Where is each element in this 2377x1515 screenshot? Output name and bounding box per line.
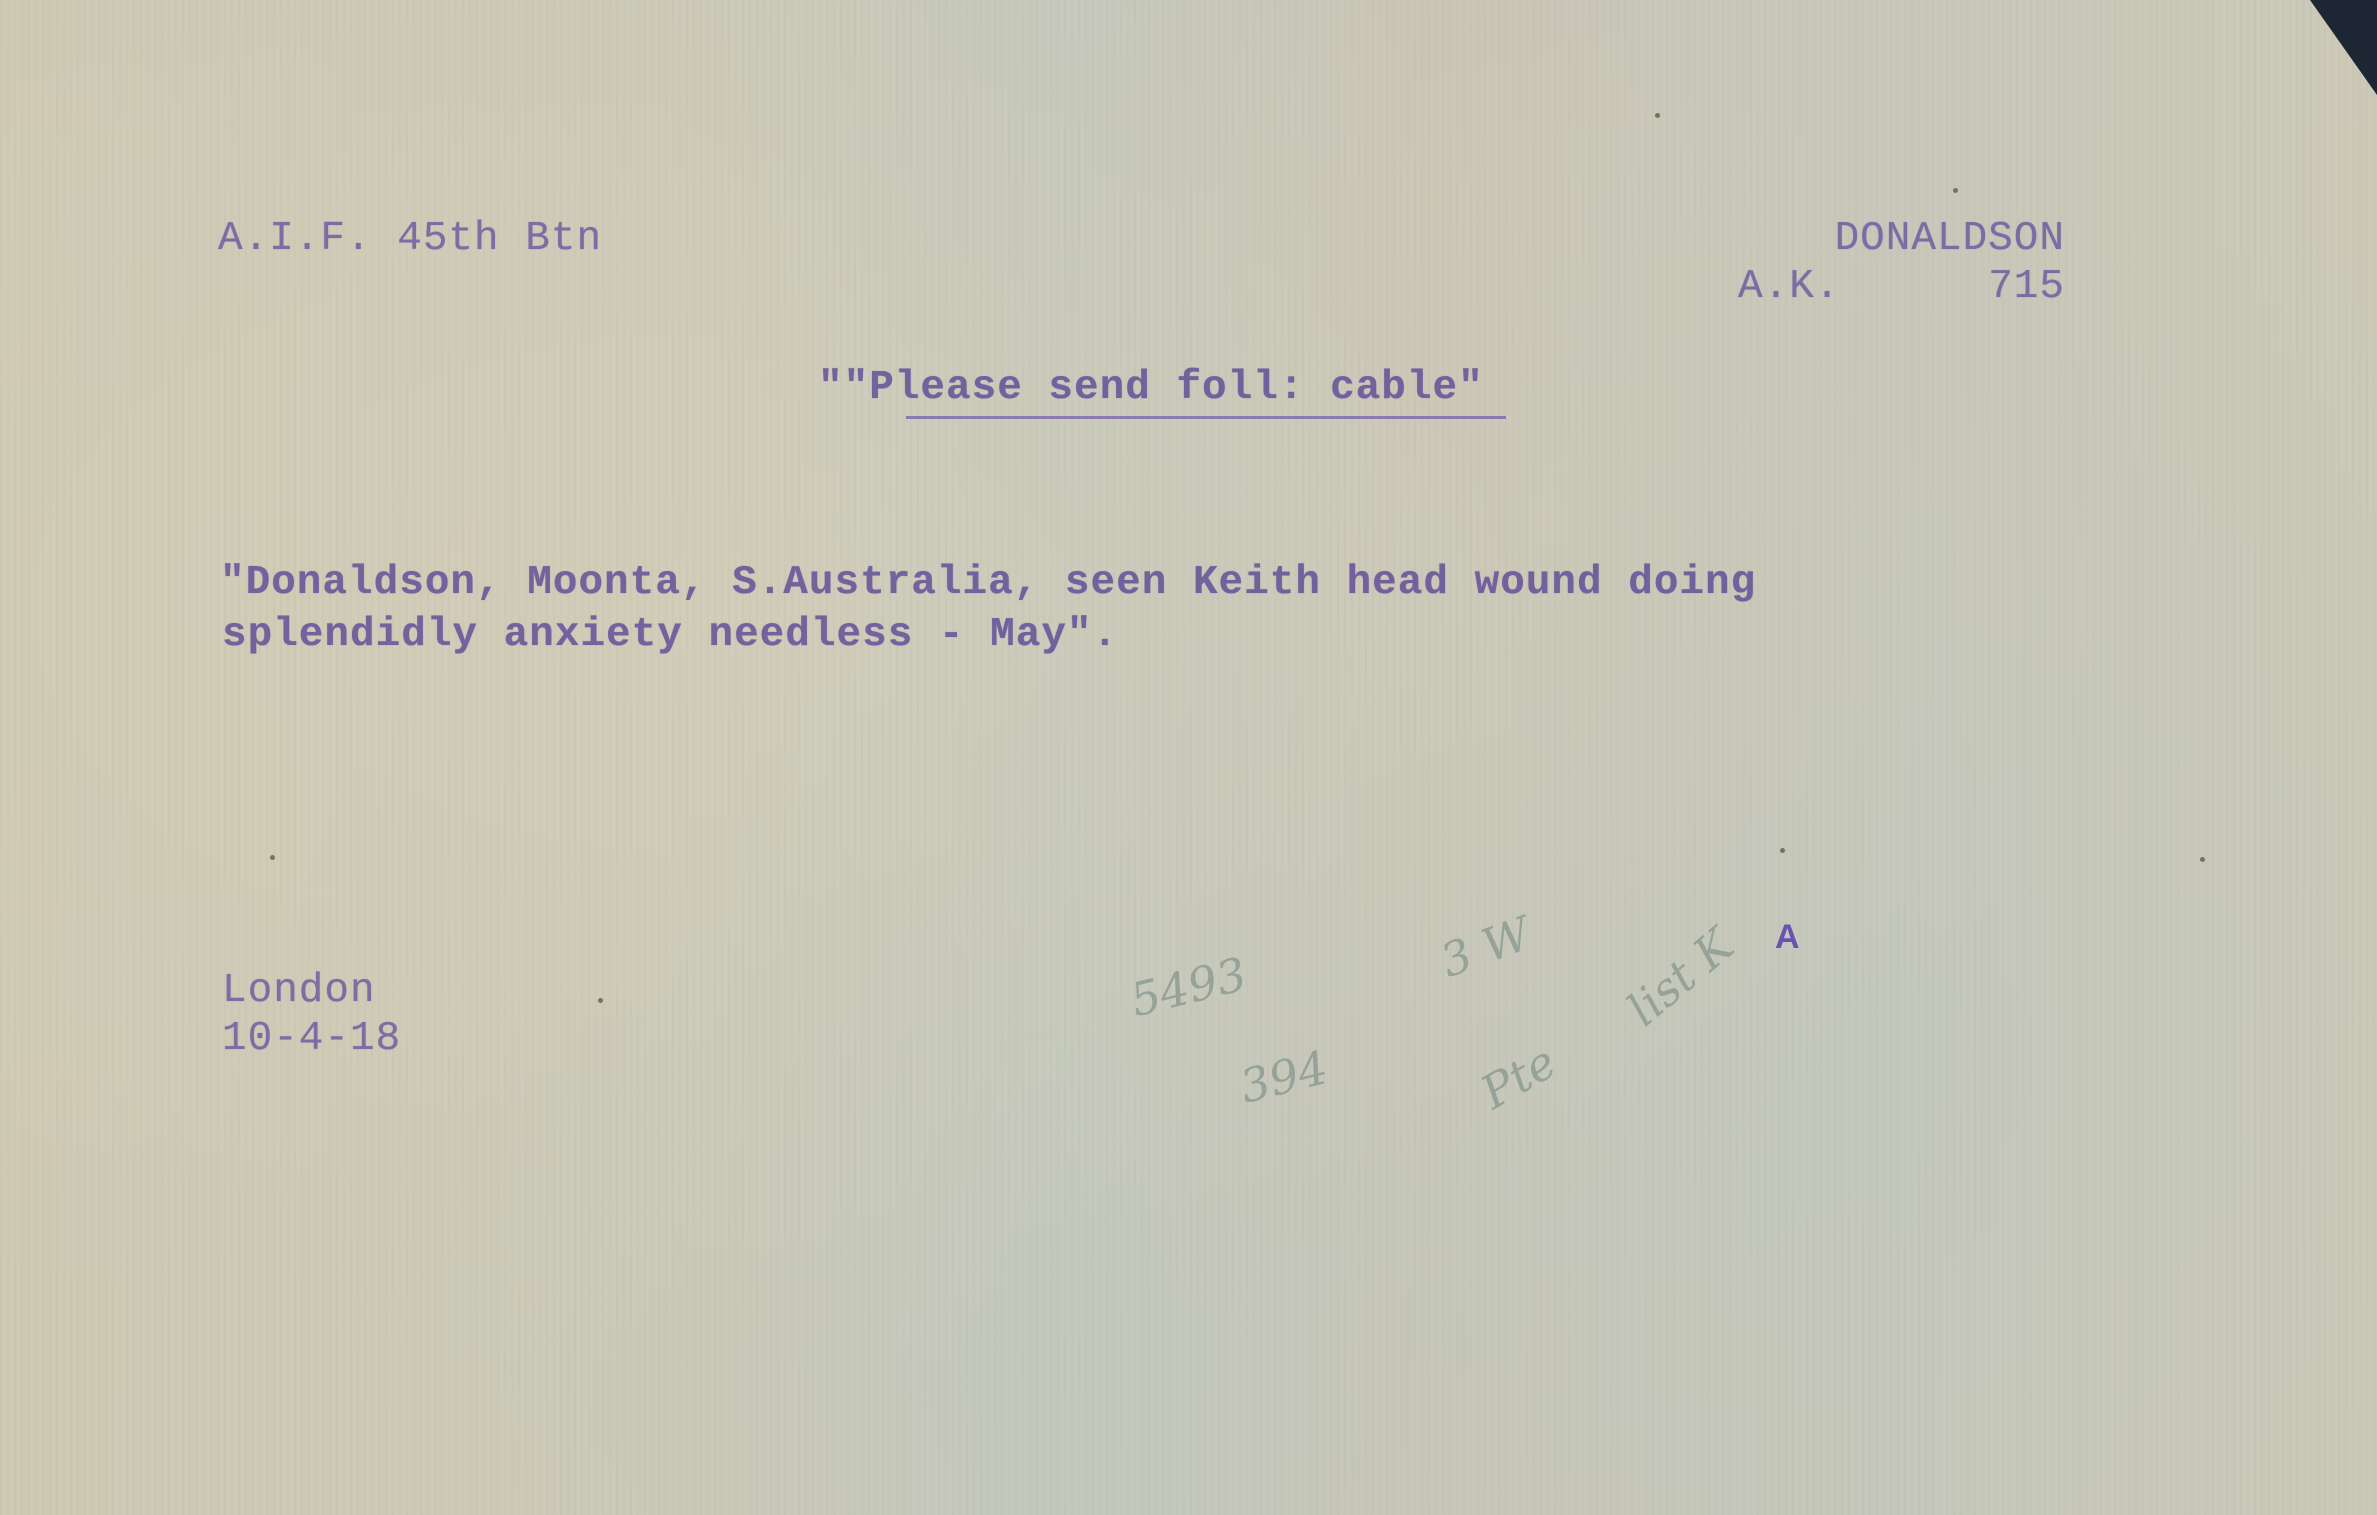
- handwritten-note-5: list K: [1617, 918, 1744, 1037]
- document-card: A.I.F. 45th Btn DONALDSON A.K. 715 ""Ple…: [0, 0, 2377, 1515]
- stamp-letter: A: [1775, 918, 1800, 957]
- paper-speck: [1655, 113, 1660, 118]
- card-heading: ""Please send foll: cable": [818, 365, 1484, 411]
- handwritten-note-4: Pte: [1472, 1034, 1565, 1119]
- heading-underline: [906, 416, 1506, 419]
- paper-speck: [270, 855, 275, 860]
- date-label: 10-4-18: [222, 1016, 401, 1062]
- unit-label: A.I.F. 45th Btn: [218, 216, 602, 262]
- paper-speck: [1780, 848, 1785, 853]
- place-label: London: [222, 968, 376, 1014]
- service-number: 715: [1988, 264, 2065, 310]
- paper-speck: [1953, 188, 1958, 193]
- handwritten-note-3: 3 W: [1434, 906, 1538, 988]
- handwritten-note-1: 5493: [1125, 947, 1252, 1028]
- message-line-2: splendidly anxiety needless - May".: [222, 612, 1118, 658]
- message-line-1: "Donaldson, Moonta, S.Australia, seen Ke…: [220, 560, 1756, 606]
- handwritten-note-2: 394: [1235, 1040, 1333, 1114]
- initials-label: A.K.: [1738, 264, 1840, 310]
- paper-speck: [598, 998, 603, 1003]
- surname-label: DONALDSON: [1835, 216, 2065, 262]
- paper-speck: [2200, 857, 2205, 862]
